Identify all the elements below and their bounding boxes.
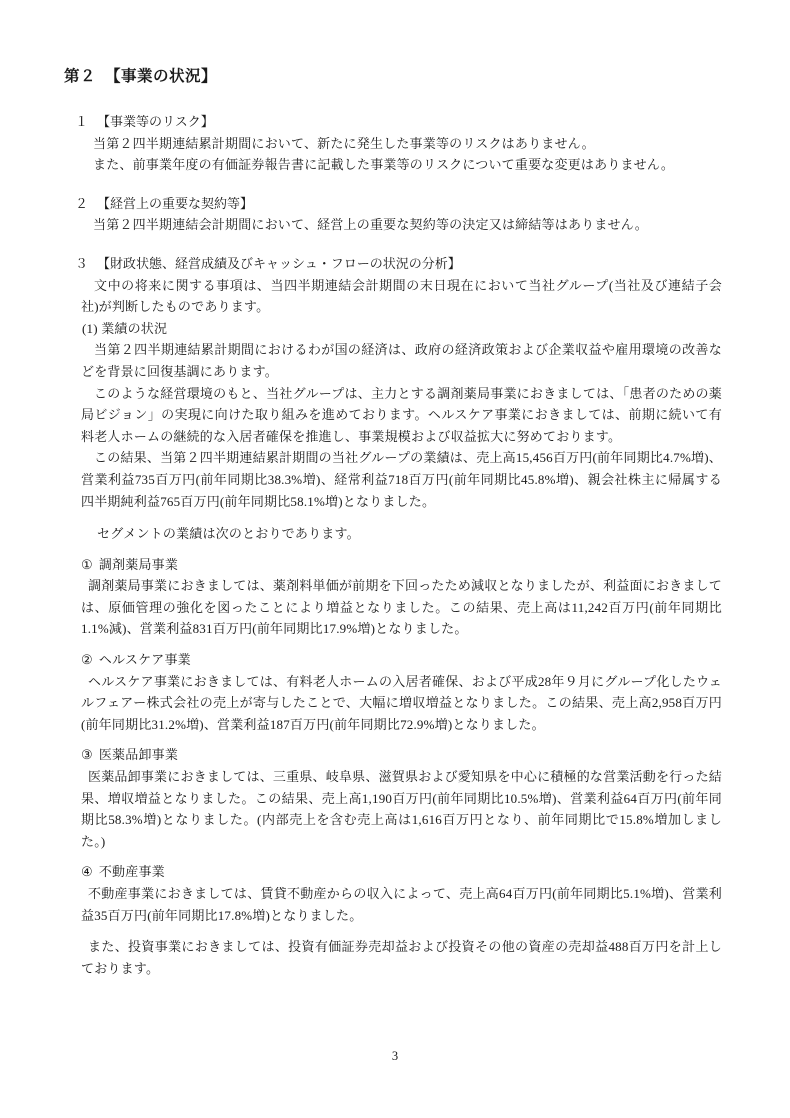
section-body: 文中の将来に関する事項は、当四半期連結会計期間の末日現在において当社グループ(当… (81, 275, 722, 980)
segment-pharmacy: ①調剤薬局事業 調剤薬局事業におきましては、薬剤料単価が前期を下回ったため減収と… (81, 554, 722, 640)
segment-name: ヘルスケア事業 (99, 652, 191, 667)
page-number: 3 (0, 1049, 790, 1064)
segment-heading: ③医薬品卸事業 (81, 744, 722, 766)
segment-body: 調剤薬局事業におきましては、薬剤料単価が前期を下回ったため減収となりましたが、利… (81, 575, 722, 640)
document-page: 第２【事業の状況】 １【事業等のリスク】 当第２四半期連結累計期間において、新た… (0, 0, 790, 1118)
segment-marker: ② (81, 652, 93, 667)
section-number: ３ (75, 256, 88, 271)
segment-name: 不動産事業 (99, 864, 165, 879)
intro-paragraph: 文中の将来に関する事項は、当四半期連結会計期間の末日現在において当社グループ(当… (81, 275, 722, 318)
segment-real-estate: ④不動産事業 不動産事業におきましては、賃貸不動産からの収入によって、売上高64… (81, 861, 722, 926)
segment-heading: ②ヘルスケア事業 (81, 649, 722, 671)
segment-name: 調剤薬局事業 (99, 557, 178, 572)
section-business-risks: １【事業等のリスク】 当第２四半期連結累計期間において、新たに発生した事業等のリ… (64, 111, 722, 176)
segment-marker: ① (81, 557, 93, 572)
segment-pharmaceutical-wholesale: ③医薬品卸事業 医薬品卸事業におきましては、三重県、岐阜県、滋賀県および愛知県を… (81, 744, 722, 852)
section-number: ２ (75, 196, 88, 211)
section-financial-analysis: ３【財政状態、経営成績及びキャッシュ・フローの状況の分析】 文中の将来に関する事… (64, 253, 722, 979)
section-heading: ２【経営上の重要な契約等】 (75, 193, 722, 215)
paragraph: また、前事業年度の有価証券報告書に記載した事業等のリスクについて重要な変更はあり… (93, 154, 722, 176)
section-heading: １【事業等のリスク】 (75, 111, 722, 133)
segment-body: 不動産事業におきましては、賃貸不動産からの収入によって、売上高64百万円(前年同… (81, 883, 722, 926)
segment-heading: ①調剤薬局事業 (81, 554, 722, 576)
section-body: 当第２四半期連結累計期間において、新たに発生した事業等のリスクはありません。 ま… (64, 133, 722, 176)
page-content: 第２【事業の状況】 １【事業等のリスク】 当第２四半期連結累計期間において、新た… (64, 64, 722, 996)
page-title: 第２【事業の状況】 (64, 64, 722, 86)
page-title-number: 第２ (64, 68, 96, 85)
segment-heading: ④不動産事業 (81, 861, 722, 883)
segment-body: ヘルスケア事業におきましては、有料老人ホームの入居者確保、および平成28年９月に… (81, 671, 722, 736)
closing-paragraph: また、投資事業におきましては、投資有価証券売却益および投資その他の資産の売却益4… (81, 936, 722, 979)
segment-healthcare: ②ヘルスケア事業 ヘルスケア事業におきましては、有料老人ホームの入居者確保、およ… (81, 649, 722, 735)
segment-body: 医薬品卸事業におきましては、三重県、岐阜県、滋賀県および愛知県を中心に積極的な営… (81, 766, 722, 852)
segment-name: 医薬品卸事業 (99, 747, 178, 762)
section-material-contracts: ２【経営上の重要な契約等】 当第２四半期連結会計期間において、経営上の重要な契約… (64, 193, 722, 236)
paragraph: 当第２四半期連結会計期間において、経営上の重要な契約等の決定又は締結等はありませ… (93, 214, 722, 236)
section-heading-label: 【財政状態、経営成績及びキャッシュ・フローの状況の分析】 (97, 256, 461, 271)
segment-marker: ④ (81, 864, 93, 879)
section-body: 当第２四半期連結会計期間において、経営上の重要な契約等の決定又は締結等はありませ… (64, 214, 722, 236)
paragraph: 当第２四半期連結累計期間において、新たに発生した事業等のリスクはありません。 (93, 133, 722, 155)
paragraph: この結果、当第２四半期連結累計期間の当社グループの業績は、売上高15,456百万… (81, 447, 722, 512)
paragraph: このような経営環境のもと、当社グループは、主力とする調剤薬局事業におきましては、… (81, 383, 722, 448)
paragraph: 当第２四半期連結累計期間におけるわが国の経済は、政府の経済政策および企業収益や雇… (81, 339, 722, 382)
section-heading-label: 【事業等のリスク】 (97, 114, 214, 129)
page-title-label: 【事業の状況】 (105, 68, 217, 85)
segment-note: セグメントの業績は次のとおりであります。 (81, 523, 722, 545)
section-heading: ３【財政状態、経営成績及びキャッシュ・フローの状況の分析】 (75, 253, 722, 275)
subsection-label: (1) 業績の状況 (82, 318, 722, 340)
section-number: １ (75, 114, 88, 129)
segment-marker: ③ (81, 747, 93, 762)
section-heading-label: 【経営上の重要な契約等】 (97, 196, 253, 211)
